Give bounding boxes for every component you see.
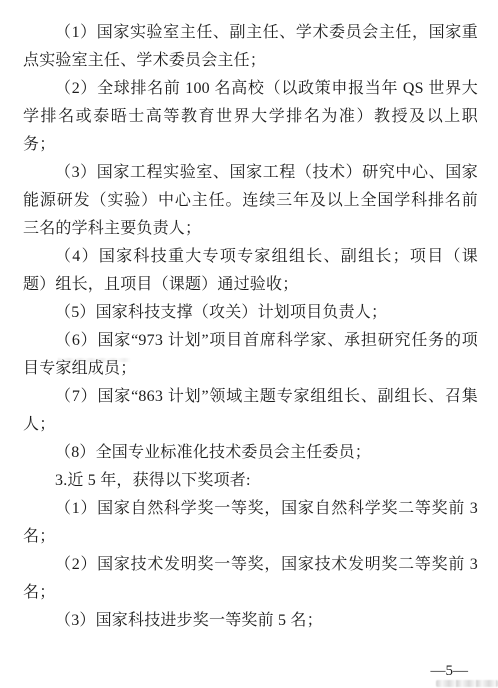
text-line: 三名的学科主要负责人； bbox=[23, 215, 478, 243]
text-line: （8）全国专业标准化技术委员会主任委员； bbox=[23, 439, 478, 467]
text-line: 名； bbox=[23, 579, 478, 607]
text-line: （5）国家科技支撑（攻关）计划项目负责人； bbox=[23, 299, 478, 327]
text-line: 人； bbox=[23, 411, 478, 439]
text-line: （6）国家“973 计划”项目首席科学家、承担研究任务的项 bbox=[23, 327, 478, 355]
text-line: （3）国家工程实验室、国家工程（技术）研究中心、国家 bbox=[23, 159, 478, 187]
text-line: 3.近 5 年，获得以下奖项者: bbox=[23, 467, 478, 495]
scan-artifact-bottom-right bbox=[436, 680, 498, 687]
text-line: （4）国家科技重大专项专家组组长、副组长；项目（课 bbox=[23, 243, 478, 271]
text-line: （1）国家自然科学奖一等奖，国家自然科学奖二等奖前 3 bbox=[23, 495, 478, 523]
text-line: （1）国家实验室主任、副主任、学术委员会主任，国家重 bbox=[23, 19, 478, 47]
document-page: （1）国家实验室主任、副主任、学术委员会主任，国家重点实验室主任、学术委员会主任… bbox=[0, 0, 498, 688]
text-line: （2）国家技术发明奖一等奖，国家技术发明奖二等奖前 3 bbox=[23, 551, 478, 579]
document-body: （1）国家实验室主任、副主任、学术委员会主任，国家重点实验室主任、学术委员会主任… bbox=[23, 19, 478, 635]
text-line: （3）国家科技进步奖一等奖前 5 名； bbox=[23, 607, 478, 635]
text-line: 能源研发（实验）中心主任。连续三年及以上全国学科排名前 bbox=[23, 187, 478, 215]
text-line: 名； bbox=[23, 523, 478, 551]
text-line: 务； bbox=[23, 131, 478, 159]
text-line: （2）全球排名前 100 名高校（以政策申报当年 QS 世界大 bbox=[23, 75, 478, 103]
text-line: （7）国家“863 计划”领域主题专家组组长、副组长、召集 bbox=[23, 383, 478, 411]
text-line: 点实验室主任、学术委员会主任； bbox=[23, 47, 478, 75]
text-line: 学排名或泰晤士高等教育世界大学排名为准）教授及以上职 bbox=[23, 103, 478, 131]
scan-artifact-left bbox=[58, 358, 130, 362]
text-line: 题）组长，且项目（课题）通过验收； bbox=[23, 271, 478, 299]
